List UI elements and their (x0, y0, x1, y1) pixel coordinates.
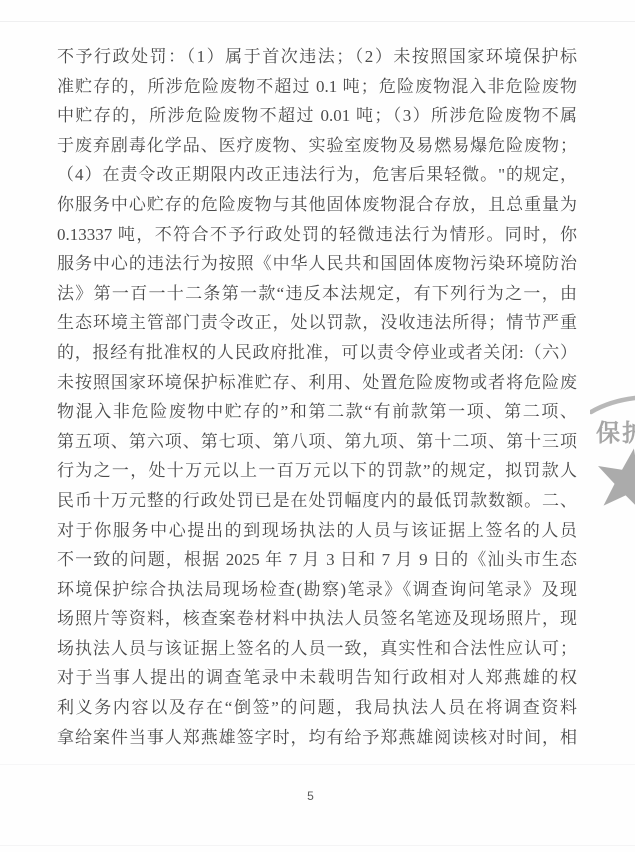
seal-border-arc (590, 394, 635, 416)
page-number: 5 (0, 789, 621, 803)
text-line: 环境保护综合执法局现场检查(勘察)笔录》《调查询问笔录》及现 (57, 575, 577, 605)
text-line: （4）在责令改正期限内改正违法行为，危害后果轻微。"的规定， (57, 160, 577, 190)
star-icon (598, 446, 635, 518)
text-line: 场照片等资料，核查案卷材料中执法人员签名笔迹及现场照片，现 (57, 604, 577, 634)
text-line: 民币十万元整的行政处罚已是在处罚幅度内的最低罚款数额。二、 (57, 486, 577, 516)
scan-artifact-line-top (0, 21, 635, 22)
scan-artifact-line-mid (0, 764, 635, 765)
text-line: 的，报经有批准权的人民政府批准，可以责令停业或者关闭:（六） (57, 338, 577, 368)
text-line: 不一致的问题，根据 2025 年 7 月 3 日和 7 月 9 日的《汕头市生态 (57, 545, 577, 575)
text-line: 服务中心的违法行为按照《中华人民共和国固体废物污染环境防治 (57, 249, 577, 279)
text-line: 物混入非危险废物中贮存的”和第二款“有前款第一项、第二项、 (57, 397, 577, 427)
text-line: 对于当事人提出的调查笔录中未载明告知行政相对人郑燕雄的权 (57, 663, 577, 693)
document-page: 不予行政处罚：（1）属于首次违法；（2）未按照国家环境保护标 准贮存的，所涉危险… (0, 0, 635, 852)
text-line: 0.13337 吨，不符合不予行政处罚的轻微违法行为情形。同时，你 (57, 220, 577, 250)
seal-text: 保护 (596, 413, 635, 448)
text-line: 中贮存的，所涉危险废物不超过 0.01 吨；（3）所涉危险废物不属 (57, 101, 577, 131)
text-line: 对于你服务中心提出的到现场执法的人员与该证据上签名的人员 (57, 516, 577, 546)
text-line: 准贮存的，所涉危险废物不超过 0.1 吨；危险废物混入非危险废物 (57, 72, 577, 102)
text-line: 不予行政处罚：（1）属于首次违法；（2）未按照国家环境保护标 (57, 42, 577, 72)
official-seal-partial: 保护 (590, 394, 635, 522)
text-line: 于废弃剧毒化学品、医疗废物、实验室废物及易燃易爆危险废物； (57, 131, 577, 161)
text-line: 场执法人员与该证据上签名的人员一致，真实性和合法性应认可； (57, 634, 577, 664)
text-line: 第五项、第六项、第七项、第八项、第九项、第十二项、第十三项 (57, 427, 577, 457)
scan-artifact-line-bottom (0, 845, 635, 846)
text-line: 生态环境主管部门责令改正，处以罚款，没收违法所得；情节严重 (57, 308, 577, 338)
text-line: 法》第一百一十二条第一款“违反本法规定，有下列行为之一，由 (57, 279, 577, 309)
text-line: 行为之一，处十万元以上一百万元以下的罚款”的规定，拟罚款人 (57, 456, 577, 486)
text-line: 拿给案件当事人郑燕雄签字时，均有给予郑燕雄阅读核对时间，相 (57, 723, 577, 753)
text-line: 未按照国家环境保护标准贮存、利用、处置危险废物或者将危险废 (57, 368, 577, 398)
document-body-text: 不予行政处罚：（1）属于首次违法；（2）未按照国家环境保护标 准贮存的，所涉危险… (57, 42, 577, 752)
text-line: 你服务中心贮存的危险废物与其他固体废物混合存放，且总重量为 (57, 190, 577, 220)
text-line: 利义务内容以及存在“倒签”的问题，我局执法人员在将调查资料 (57, 693, 577, 723)
